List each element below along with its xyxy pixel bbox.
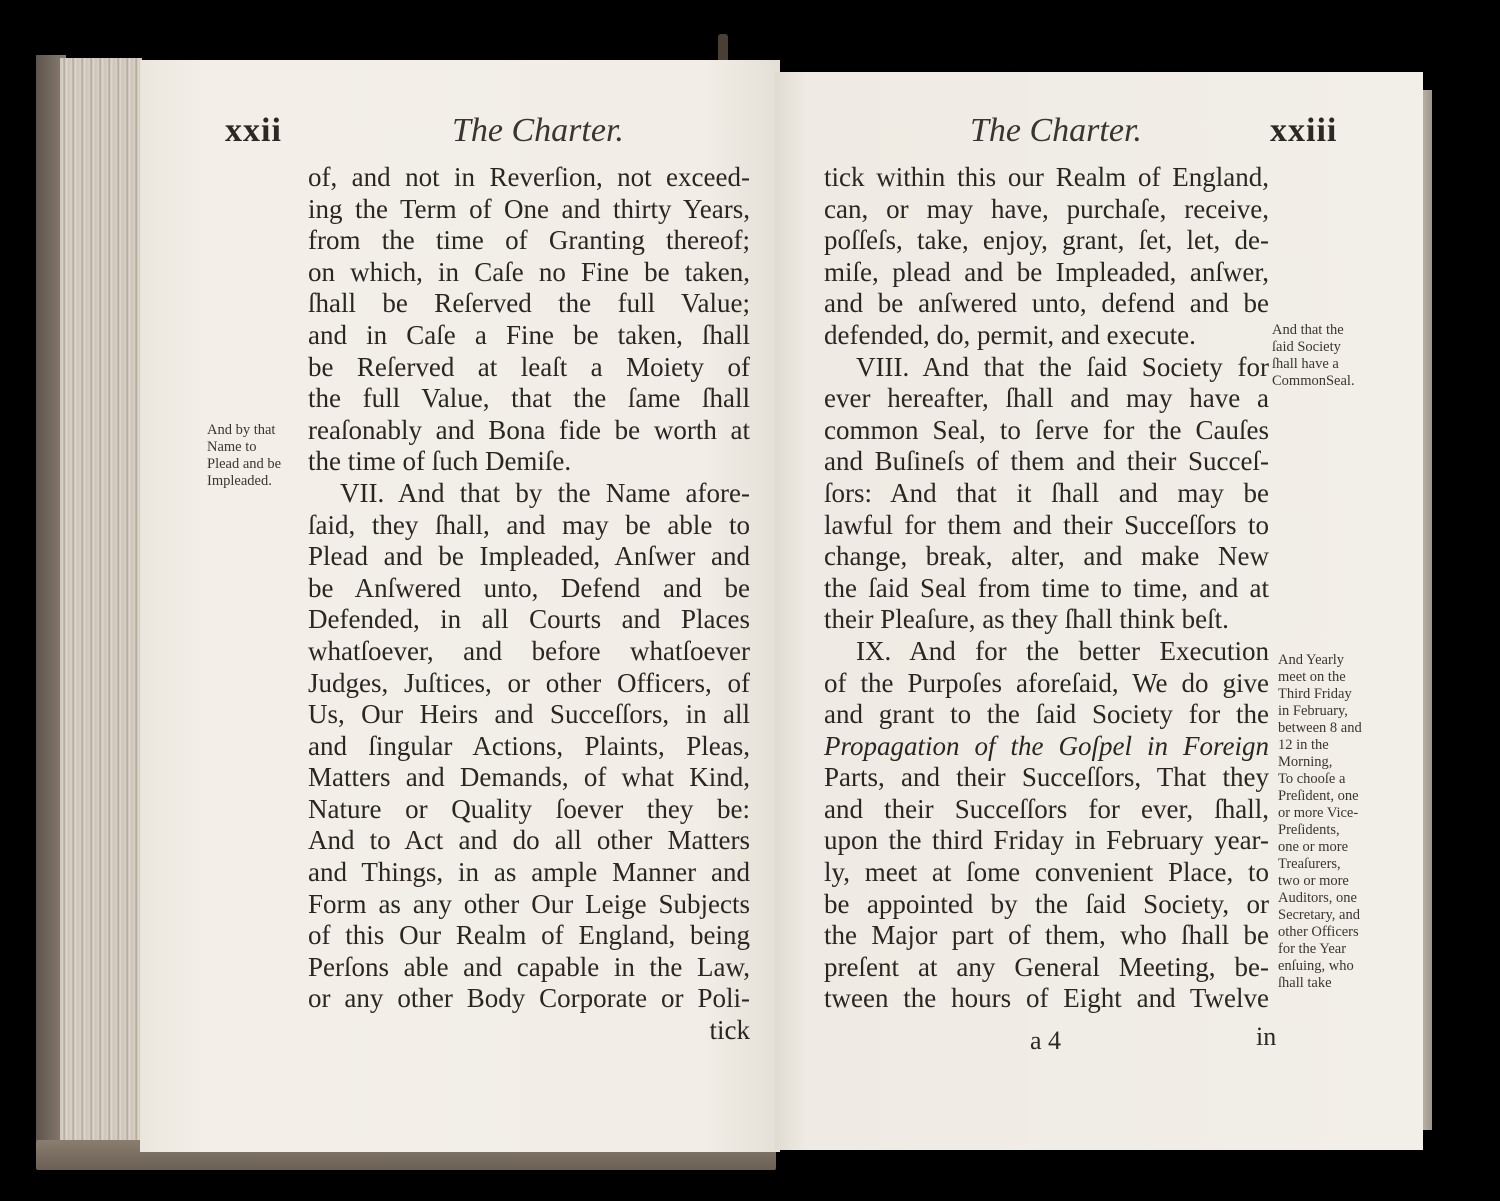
text-line: whatſoever, and before whatſoever [308,636,750,668]
text-line: Propagation of the Goſpel in Foreign [824,731,1269,763]
text-line: be Anſwered unto, Defend and be [308,573,750,605]
text-line: and be anſwered unto, defend and be [824,288,1269,320]
text-line: the full Value, that the ſame ſhall [308,383,750,415]
text-line: ing the Term of One and thirty Years, [308,194,750,226]
right-body-text: tick within this our Realm of England, c… [824,162,1269,1015]
section-vii-start: VII. And that by the Name afore- [308,478,750,510]
section-viii-start: VIII. And that the ſaid Society for [824,352,1269,384]
text-line: poſſeſs, take, enjoy, grant, ſet, let, d… [824,225,1269,257]
text-line: Judges, Juſtices, or other Officers, of [308,668,750,700]
left-body-text: of, and not in Reverſion, not exceed- in… [308,162,750,1047]
left-catchword: tick [308,1015,750,1047]
text-line: and Things, in as ample Manner and [308,857,750,889]
text-line: miſe, plead and be Impleaded, anſwer, [824,257,1269,289]
text-line: their Pleaſure, as they ſhall think beſt… [824,604,1269,636]
text-line: on which, in Caſe no Fine be taken, [308,257,750,289]
text-line: the ſaid Seal from time to time, and at [824,573,1269,605]
right-running-head: The Charter. [970,112,1142,150]
text-line: Nature or Quality ſoever they be: [308,794,750,826]
text-line: or any other Body Corporate or Poli- [308,983,750,1015]
text-line: ſhall be Reſerved the full Value; [308,288,750,320]
text-line: upon the third Friday in February year- [824,825,1269,857]
left-page-number: xxii [225,112,282,150]
text-line: of the Purpoſes aforeſaid, We do give [824,668,1269,700]
text-line: Plead and be Impleaded, Anſwer and [308,541,750,573]
text-line: tween the hours of Eight and Twelve [824,983,1269,1015]
text-line: tick within this our Realm of England, [824,162,1269,194]
text-line: of, and not in Reverſion, not exceed- [308,162,750,194]
text-line: Form as any other Our Leige Subjects [308,889,750,921]
text-line: lawful for them and their Succeſſors to [824,510,1269,542]
text-line: of this Our Realm of England, being [308,920,750,952]
text-line: ſaid, they ſhall, and may be able to [308,510,750,542]
text-line: be Reſerved at leaſt a Moiety of [308,352,750,384]
text-line: defended, do, permit, and execute. [824,320,1269,352]
text-line: Matters and Demands, of what Kind, [308,762,750,794]
text-line: Parts, and their Succeſſors, That they [824,762,1269,794]
text-line: and Buſineſs of them and their Succeſ- [824,446,1269,478]
left-running-head: The Charter. [452,112,624,150]
signature-mark: a 4 [1030,1026,1061,1056]
text-line: ſors: And that it ſhall and may be [824,478,1269,510]
page-stack-edge [60,58,142,1158]
text-line: from the time of Granting thereof; [308,225,750,257]
text-line: Defended, in all Courts and Places [308,604,750,636]
right-page-number: xxiii [1270,112,1337,150]
text-line: preſent at any General Meeting, be- [824,952,1269,984]
left-margin-note: And by that Name to Plead and be Implead… [207,422,281,490]
text-line: change, break, alter, and make New [824,541,1269,573]
text-line: Perſons able and capable in the Law, [308,952,750,984]
right-margin-note-meeting: And Yearly meet on the Third Friday in F… [1278,652,1362,992]
text-line: And to Act and do all other Matters [308,825,750,857]
text-line: the Major part of them, who ſhall be [824,920,1269,952]
text-line: and ſingular Actions, Plaints, Pleas, [308,731,750,763]
text-line: Us, Our Heirs and Succeſſors, in all [308,699,750,731]
section-ix-start: IX. And for the better Execution [824,636,1269,668]
text-line: ly, meet at ſome convenient Place, to [824,857,1269,889]
text-line: the time of ſuch Demiſe. [308,446,750,478]
text-line: ever hereafter, ſhall and may have a [824,383,1269,415]
text-line: reaſonably and Bona fide be worth at [308,415,750,447]
text-line: be appointed by the ſaid Society, or [824,889,1269,921]
text-line: and grant to the ſaid Society for the [824,699,1269,731]
text-line: and their Succeſſors for ever, ſhall, [824,794,1269,826]
right-margin-note-seal: And that the ſaid Society ſhall have a C… [1272,322,1355,390]
text-line: common Seal, to ſerve for the Cauſes [824,415,1269,447]
right-catchword: in [1256,1022,1276,1052]
text-line: and in Caſe a Fine be taken, ſhall [308,320,750,352]
text-line: can, or may have, purchaſe, receive, [824,194,1269,226]
